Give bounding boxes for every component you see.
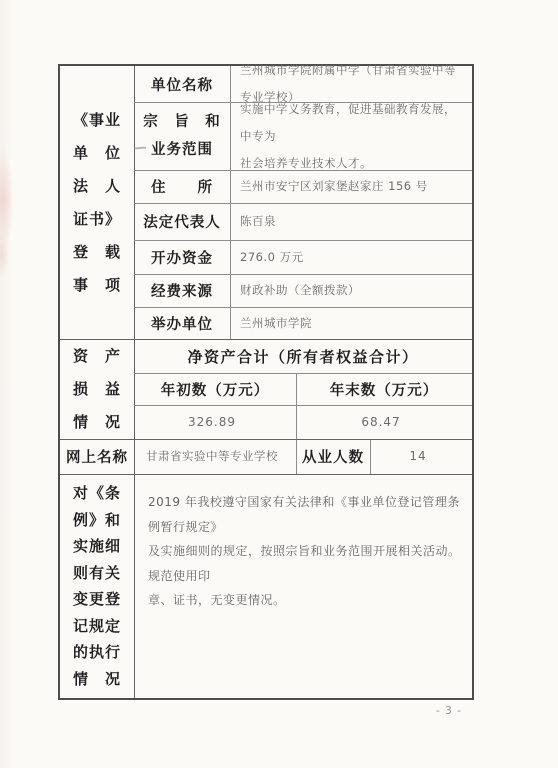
field-label-funding-source: 经费来源 [134,274,230,307]
field-label-unit-name: 单位名称 [134,66,230,102]
field-label-purpose-scope: 宗 旨 和 业务范围 [134,102,230,170]
field-label-legal-representative: 法定代表人 [134,203,230,240]
staff-count-label: 从业人数 [296,439,370,474]
field-value-funding-source: 财政补助（全额拨款） [230,274,472,307]
year-start-column-header: 年初数（万元） [134,373,296,405]
year-start-value: 326.89 [134,405,296,439]
field-value-address: 兰州市安宁区刘家堡赵家庄 156 号 [230,170,472,203]
field-value-opening-capital: 276.0 万元 [230,240,472,274]
net-assets-header: 净资产合计（所有者权益合计） [134,339,472,373]
online-name-label: 网上名称 [60,439,134,474]
field-label-sponsor-unit: 举办单位 [134,307,230,339]
assets-section-label: 资 产 损 益 情 况 [60,339,134,439]
compliance-statement-text: 2019 年我校遵守国家有关法律和《事业单位登记管理条例暂行规定》 及实施细则的… [134,474,472,698]
year-end-column-header: 年末数（万元） [296,373,472,405]
registration-form-table: 《事业 单 位 法 人 证书》 登 载 事 项 单位名称 兰州城市学院附属中学（… [58,64,474,700]
field-label-address: 住 所 [134,170,230,203]
certificate-section-label: 《事业 单 位 法 人 证书》 登 载 事 项 [60,66,134,339]
field-value-purpose-scope: 实施中学义务教育，促进基础教育发展，中专为 社会培养专业技术人才。 [230,102,472,170]
online-name-value: 甘肃省实验中等专业学校 [134,439,296,474]
field-value-sponsor-unit: 兰州城市学院 [230,307,472,339]
field-value-legal-representative: 陈百泉 [230,203,472,240]
staff-count-value: 14 [370,439,472,474]
field-label-opening-capital: 开办资金 [134,240,230,274]
compliance-section-label: 对《条 例》和 实施细 则有关 变更登 记规定 的执行 情 况 [60,474,134,698]
year-end-value: 68.47 [296,405,472,439]
page-number: - 3 - [425,705,473,717]
